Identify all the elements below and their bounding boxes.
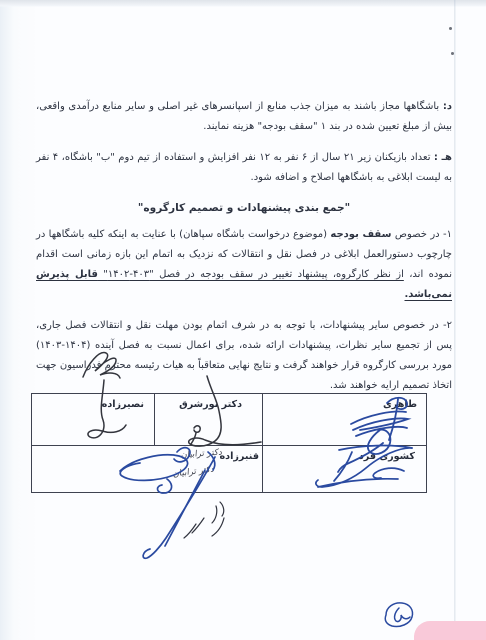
ink-speck bbox=[449, 27, 452, 30]
resolution-1-underlined: از نظر کارگروه، پیشنهاد تغییر در سقف بود… bbox=[98, 269, 404, 280]
clause-d: د: باشگاهها مجاز باشند به میزان جذب مناب… bbox=[36, 97, 452, 137]
clause-d-label: د: bbox=[443, 101, 452, 112]
paper-fold-line bbox=[454, 0, 456, 640]
signer-name-ghanbarzadeh: قنبرزاده bbox=[220, 451, 259, 462]
table-row1-column-divider bbox=[154, 394, 155, 445]
scanned-letter-page: د: باشگاهها مجاز باشند به میزان جذب مناب… bbox=[0, 0, 486, 640]
circled-page-mark bbox=[385, 603, 412, 627]
resolution-2: ۲- در خصوص سایر پیشنهادات، با توجه به در… bbox=[36, 316, 452, 396]
resolution-1: ۱- در خصوص سقف بودجه (موضوع درخواست باشگ… bbox=[36, 225, 452, 305]
handwritten-scribble-annotation bbox=[184, 502, 224, 538]
table-column-divider bbox=[262, 394, 263, 492]
resolution-1-lead: ۱- در خصوص bbox=[391, 229, 452, 240]
signer-name-nasirzadeh: نصیرزاده bbox=[102, 399, 144, 410]
letter-body: د: باشگاهها مجاز باشند به میزان جذب مناب… bbox=[36, 97, 452, 407]
clause-h: هـ : تعداد بازیکنان زیر ۲۱ سال از ۶ نفر … bbox=[36, 148, 452, 188]
signer-name-keshvarifard: کشوری فرد bbox=[359, 451, 415, 462]
signature-table: طاهری دکتر نورشرق نصیرزاده کشوری فرد قنب… bbox=[31, 393, 427, 493]
clause-h-text: تعداد بازیکنان زیر ۲۱ سال از ۶ نفر به ۱۲… bbox=[36, 152, 452, 183]
summary-heading: "جمع بندی پیشنهادات و تصمیم کارگروه" bbox=[36, 199, 452, 217]
clause-d-text: باشگاهها مجاز باشند به میزان جذب منابع ا… bbox=[36, 101, 452, 132]
clause-h-label: هـ : bbox=[434, 152, 452, 163]
table-row-divider bbox=[32, 445, 426, 446]
signer-name-noorshargh: دکتر نورشرق bbox=[179, 399, 242, 410]
pink-watermark-corner bbox=[414, 621, 486, 640]
scan-edge-shadow bbox=[0, 0, 486, 7]
budget-cap-term: سقف بودجه bbox=[330, 229, 391, 240]
ink-speck bbox=[451, 52, 454, 55]
signer-name-taheri: طاهری bbox=[383, 399, 417, 410]
